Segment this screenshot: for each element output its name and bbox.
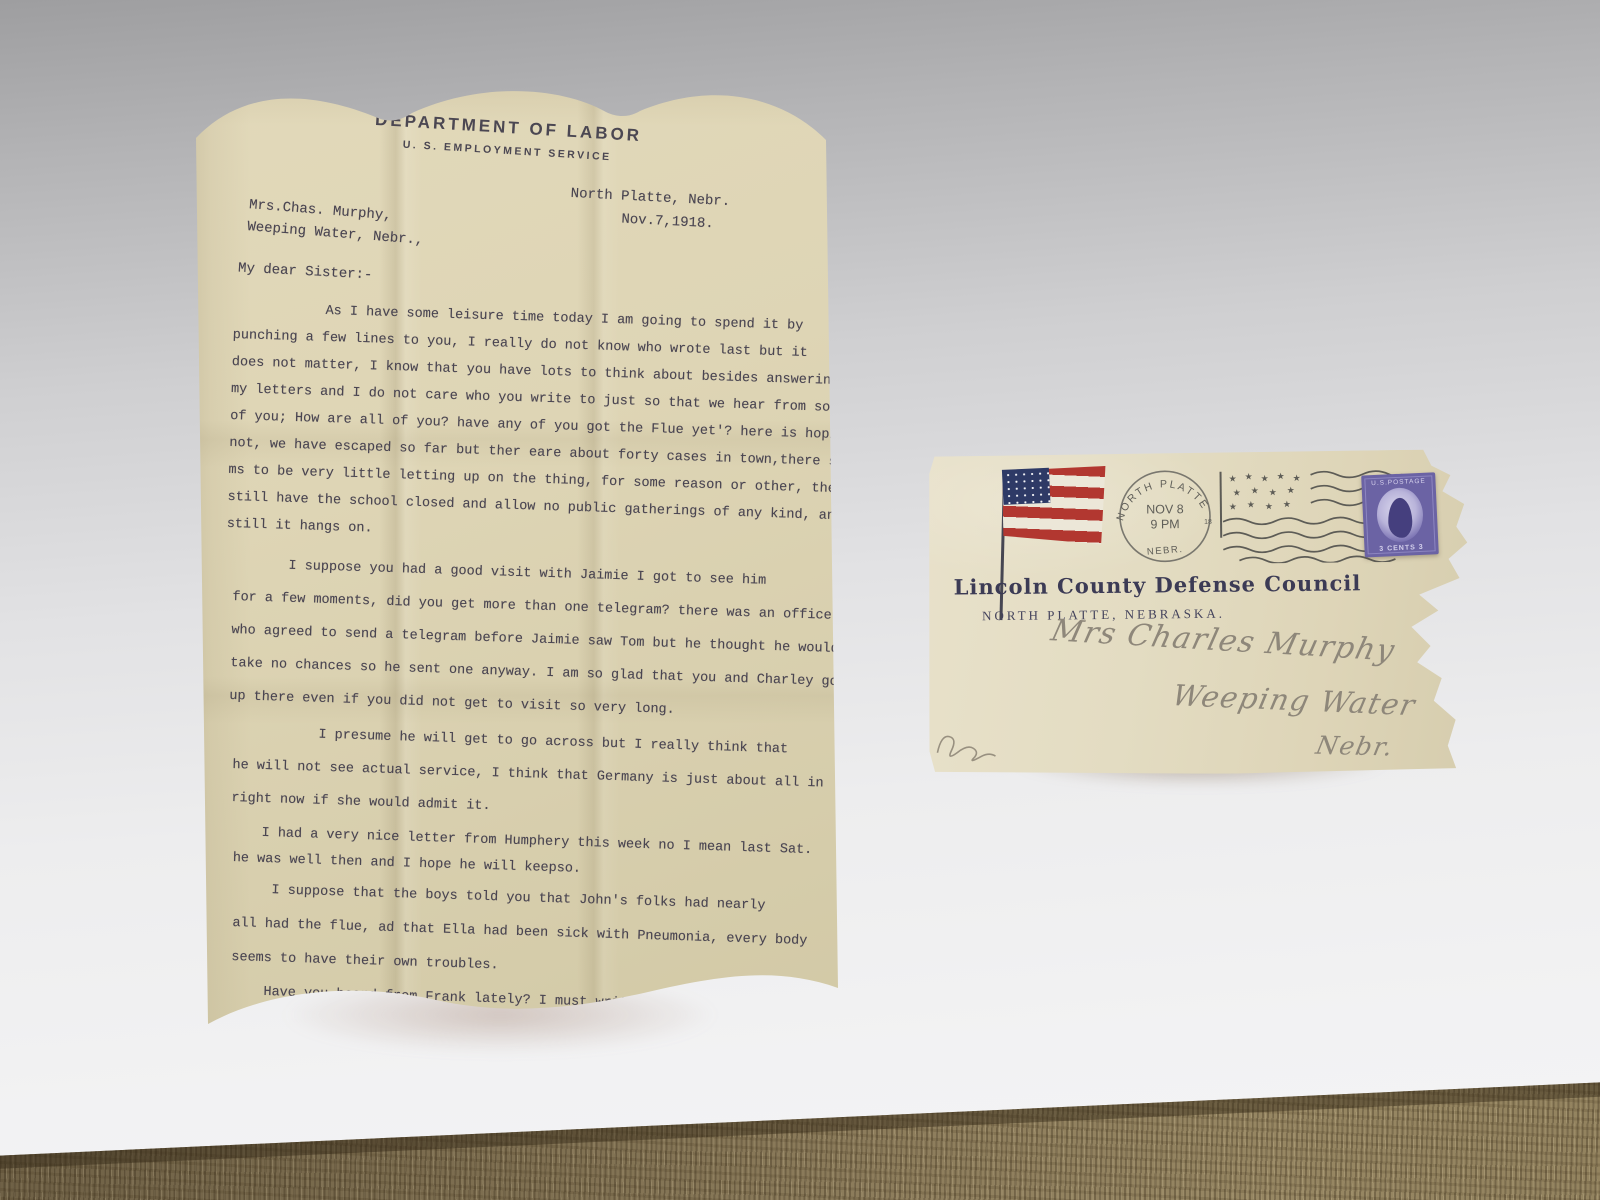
svg-text:★: ★	[1269, 487, 1277, 497]
dateline: North Platte, Nebr. Nov.7,1918.	[569, 186, 730, 233]
form-number: EMP 1	[208, 96, 237, 105]
recipient-address: Mrs.Chas. Murphy, Weeping Water, Nebr.,	[247, 197, 426, 249]
return-address-org: Lincoln County Defense Council	[954, 570, 1362, 599]
postmark-time: 9 PM	[1150, 517, 1179, 531]
svg-text:★: ★	[1229, 502, 1237, 512]
svg-text:★: ★	[1287, 485, 1295, 495]
postmark-state: NEBR.	[1147, 544, 1184, 558]
salutation: My dear Sister:-	[238, 260, 373, 283]
svg-text:★: ★	[1247, 499, 1255, 509]
dateline-date: Nov.7,1918.	[621, 212, 729, 234]
handwritten-recipient-city: Weeping Water	[1169, 678, 1419, 722]
svg-text:★: ★	[1261, 473, 1269, 483]
svg-text:★: ★	[1293, 473, 1301, 483]
paragraph-3: I presume he will get to go across but I…	[231, 716, 826, 834]
handwritten-recipient-state: Nebr.	[1313, 731, 1396, 762]
paragraph-2: I suppose you had a good visit with Jaim…	[229, 548, 826, 732]
dateline-place: North Platte, Nebr.	[570, 186, 730, 210]
svg-text:★: ★	[1245, 471, 1253, 481]
svg-text:★: ★	[1283, 499, 1291, 509]
svg-text:★: ★	[1233, 488, 1241, 498]
typewritten-letter: EMP 1 DEPARTMENT OF LABOR U. S. EMPLOYME…	[178, 78, 838, 1028]
letterhead: DEPARTMENT OF LABOR U. S. EMPLOYMENT SER…	[177, 98, 838, 177]
postmark-year: 18	[1204, 519, 1212, 526]
paragraph-5: I suppose that the boys told you that Jo…	[231, 873, 826, 994]
washington-profile-icon	[1387, 497, 1413, 538]
paragraph-1: As I have some leisure time today I am g…	[226, 295, 825, 556]
svg-text:★: ★	[1277, 471, 1285, 481]
svg-text:★: ★	[1265, 501, 1273, 511]
postmark-icon: NORTH PLATTE NOV 8 9 PM NEBR. 18	[1108, 460, 1221, 573]
postage-stamp: U.S.POSTAGE 3 CENTS 3	[1361, 472, 1439, 557]
svg-text:★: ★	[1251, 485, 1259, 495]
pencil-scribble	[931, 714, 1004, 767]
envelope: Lincoln County Defense Council NORTH PLA…	[926, 449, 1469, 777]
us-flag-canton	[1002, 468, 1051, 505]
postmark-date: NOV 8	[1146, 502, 1184, 516]
svg-text:★: ★	[1229, 474, 1237, 484]
